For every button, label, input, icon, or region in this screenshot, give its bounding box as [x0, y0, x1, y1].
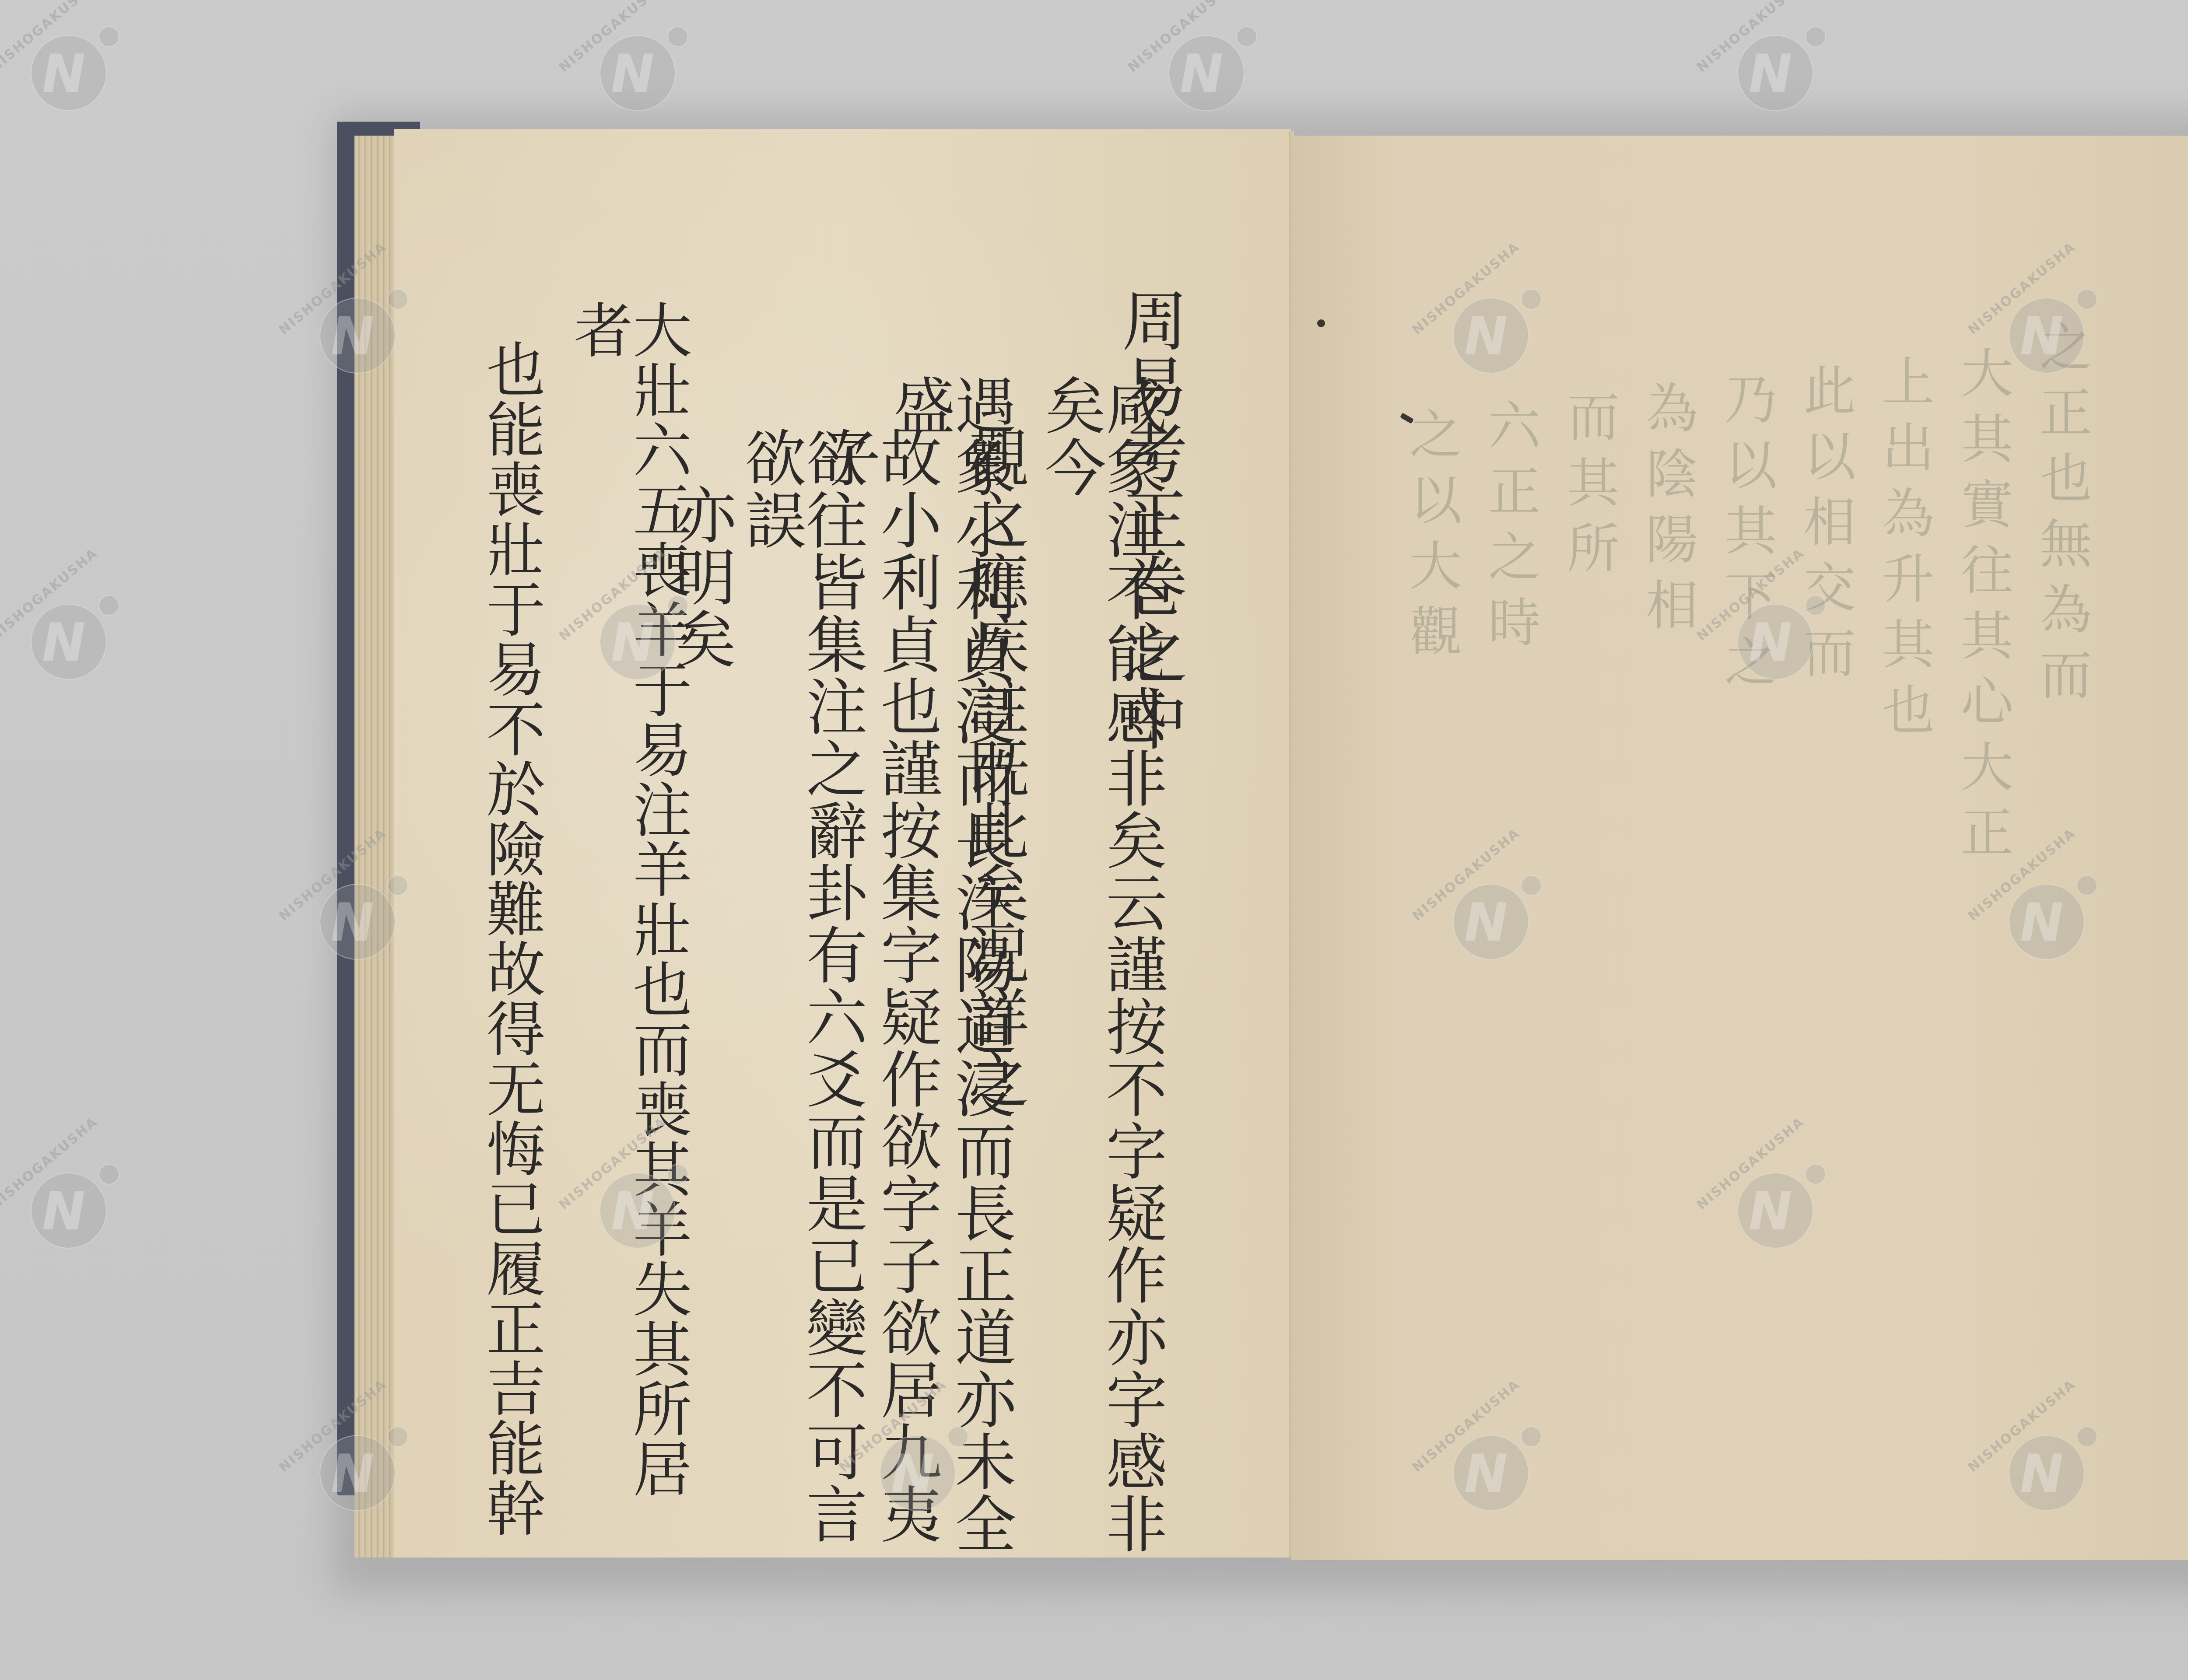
watermark-dot: [2076, 1426, 2097, 1447]
watermark-dot: [387, 1426, 408, 1447]
watermark-logo-icon: NNISHOGAKUSHA: [18, 586, 118, 687]
watermark-logo-icon: NNISHOGAKUSHA: [586, 586, 687, 687]
left-page: 周易考正巻之中 咸象注不能感非矣云謹按不字疑作亦字感非矣今 觀之應疾註既此矣況詳…: [394, 129, 1291, 1557]
watermark-logo-icon: NNISHOGAKUSHA: [306, 280, 407, 381]
watermark-dot: [387, 875, 408, 896]
watermark-dot: [1805, 1164, 1826, 1185]
watermark-logo-icon: NNISHOGAKUSHA: [1724, 586, 1825, 687]
watermark-dot: [1521, 289, 1542, 310]
watermark-logo-icon: NNISHOGAKUSHA: [1724, 1155, 1825, 1256]
watermark-logo-icon: NNISHOGAKUSHA: [586, 1155, 687, 1256]
show-through-column: 六正之時: [1483, 398, 1536, 661]
watermark-dot: [667, 595, 688, 616]
watermark-dot: [2076, 289, 2097, 310]
text-column-7: 大壯六五喪羊于易注羊壯也而喪其羊失其所居者: [569, 300, 687, 1557]
watermark-dot: [98, 595, 119, 616]
watermark-logo-icon: NNISHOGAKUSHA: [1995, 280, 2096, 381]
watermark-logo-icon: NNISHOGAKUSHA: [18, 17, 118, 118]
watermark-dot: [1805, 595, 1826, 616]
watermark-logo-icon: NNISHOGAKUSHA: [1724, 17, 1825, 118]
watermark-dot: [1236, 26, 1257, 47]
show-through-column: 大其實往其心大正: [1956, 346, 2009, 871]
watermark-dot: [98, 26, 119, 47]
watermark-logo-icon: NNISHOGAKUSHA: [306, 1417, 407, 1518]
text-column-8: 也能喪壯于易不於險難故得无悔已履正吉能幹: [481, 339, 540, 1538]
watermark-dot: [387, 289, 408, 310]
watermark-dot: [667, 26, 688, 47]
watermark-dot: [667, 1164, 688, 1185]
watermark-dot: [947, 1426, 968, 1447]
watermark-logo-icon: NNISHOGAKUSHA: [18, 1155, 118, 1256]
text-column-1: 咸象注不能感非矣云謹按不字疑作亦字感非矣今: [1039, 374, 1162, 1557]
show-through-column: 上出為升其也: [1877, 354, 1930, 748]
watermark-dot: [1805, 26, 1826, 47]
watermark-logo-icon: NNISHOGAKUSHA: [1440, 280, 1540, 381]
watermark-dot: [98, 1164, 119, 1185]
show-through-column: 之以大觀: [1405, 407, 1457, 669]
ink-spot: [1317, 319, 1325, 327]
watermark-logo-icon: NNISHOGAKUSHA: [1440, 866, 1540, 967]
watermark-logo-icon: NNISHOGAKUSHA: [1155, 17, 1256, 118]
watermark-logo-icon: NNISHOGAKUSHA: [1995, 1417, 2096, 1518]
watermark-logo-icon: NNISHOGAKUSHA: [306, 866, 407, 967]
text-column-5: 欲往皆集注之辭卦有六爻而是已變不可言欲誤: [740, 427, 862, 1557]
watermark-logo-icon: NNISHOGAKUSHA: [1995, 866, 2096, 967]
watermark-dot: [2076, 875, 2097, 896]
show-through-column: 為陰陽相: [1641, 381, 1694, 643]
watermark-dot: [1521, 1426, 1542, 1447]
watermark-logo-icon: NNISHOGAKUSHA: [1440, 1417, 1540, 1518]
watermark-logo-icon: NNISHOGAKUSHA: [866, 1417, 967, 1518]
watermark-logo-icon: NNISHOGAKUSHA: [586, 17, 687, 118]
show-through-column: 而其所: [1562, 389, 1615, 586]
watermark-dot: [1521, 875, 1542, 896]
